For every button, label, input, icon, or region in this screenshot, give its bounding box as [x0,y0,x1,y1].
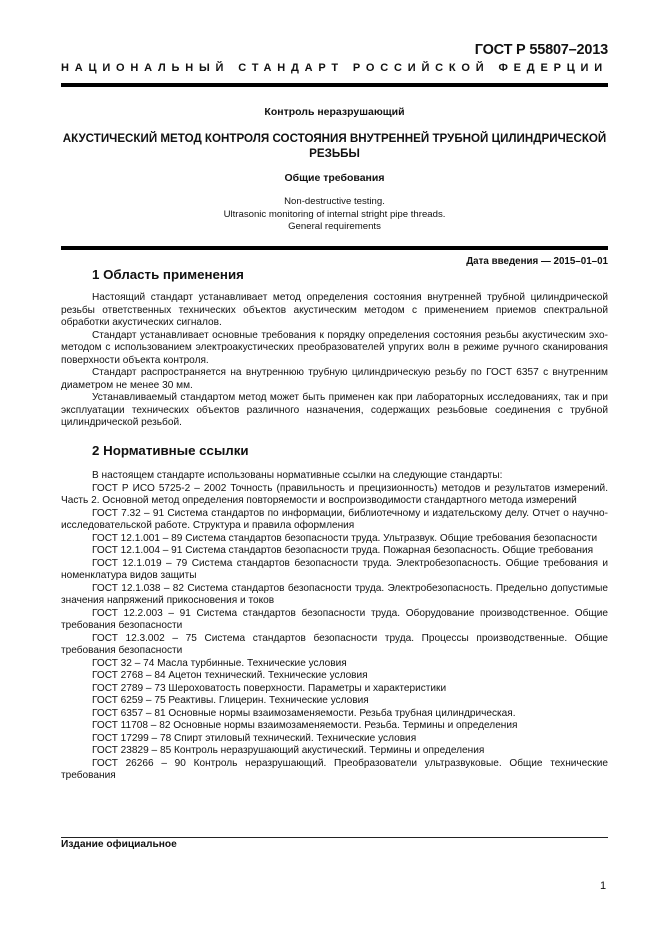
banner-word: РОССИЙСКОЙ [353,62,490,74]
banner-word: ФЕДЕРЦИИ [498,62,607,74]
paragraph: Стандарт распространяется на внутреннюю … [61,367,608,392]
reference-item: ГОСТ 12.1.004 – 91 Система стандартов бе… [61,545,608,558]
reference-item: ГОСТ 12.2.003 – 91 Система стандартов бе… [61,608,608,633]
reference-item: ГОСТ 6357 – 81 Основные нормы взаимозаме… [61,708,608,721]
reference-item: ГОСТ 7.32 – 91 Система стандартов по инф… [61,508,608,533]
banner-word: СТАНДАРТ [238,62,344,74]
reference-item: ГОСТ 11708 – 82 Основные нормы взаимозам… [61,720,608,733]
official-edition-label: Издание официальное [61,839,177,850]
reference-item: ГОСТ 23829 – 85 Контроль неразрушающий а… [61,745,608,758]
reference-item: ГОСТ 12.1.001 – 89 Система стандартов бе… [61,533,608,546]
top-divider [61,83,608,87]
section-2-body: В настоящем стандарте использованы норма… [61,470,608,783]
reference-item: ГОСТ 12.1.019 – 79 Система стандартов бе… [61,558,608,583]
reference-item: ГОСТ Р ИСО 5725-2 – 2002 Точность (прави… [61,483,608,508]
paragraph: Устанавливаемый стандартом метод может б… [61,392,608,430]
document-number: ГОСТ Р 55807–2013 [475,42,608,58]
page-number: 1 [600,880,606,892]
reference-item: ГОСТ 12.3.002 – 75 Система стандартов бе… [61,633,608,658]
english-title: Non-destructive testing. Ultrasonic moni… [61,196,608,234]
english-title-line: General requirements [61,221,608,234]
title-divider [61,246,608,250]
section-1-heading: 1 Область применения [92,267,244,282]
section-2-heading: 2 Нормативные ссылки [92,443,249,458]
reference-item: ГОСТ 32 – 74 Масла турбинные. Технически… [61,658,608,671]
document-subtitle: Общие требования [61,172,608,184]
subject-heading: Контроль неразрушающий [61,106,608,118]
reference-item: ГОСТ 2789 – 73 Шероховатость поверхности… [61,683,608,696]
reference-item: ГОСТ 2768 – 84 Ацетон технический. Техни… [61,670,608,683]
introduction-date: Дата введения — 2015–01–01 [466,256,608,267]
document-title: АКУСТИЧЕСКИЙ МЕТОД КОНТРОЛЯ СОСТОЯНИЯ ВН… [61,131,608,161]
english-title-line: Ultrasonic monitoring of internal strigh… [61,209,608,222]
reference-item: ГОСТ 12.1.038 – 82 Система стандартов бе… [61,583,608,608]
paragraph: Настоящий стандарт устанавливает метод о… [61,292,608,330]
reference-item: ГОСТ 17299 – 78 Спирт этиловый техническ… [61,733,608,746]
paragraph: Стандарт устанавливает основные требован… [61,330,608,368]
reference-item: ГОСТ 26266 – 90 Контроль неразрушающий. … [61,758,608,783]
banner-word: НАЦИОНАЛЬНЫЙ [61,62,229,74]
english-title-line: Non-destructive testing. [61,196,608,209]
footer-divider [61,837,608,838]
reference-item: ГОСТ 6259 – 75 Реактивы. Глицерин. Техни… [61,695,608,708]
national-standard-banner: НАЦИОНАЛЬНЫЙ СТАНДАРТ РОССИЙСКОЙ ФЕДЕРЦИ… [61,62,608,74]
section-1-body: Настоящий стандарт устанавливает метод о… [61,292,608,430]
reference-item: В настоящем стандарте использованы норма… [61,470,608,483]
